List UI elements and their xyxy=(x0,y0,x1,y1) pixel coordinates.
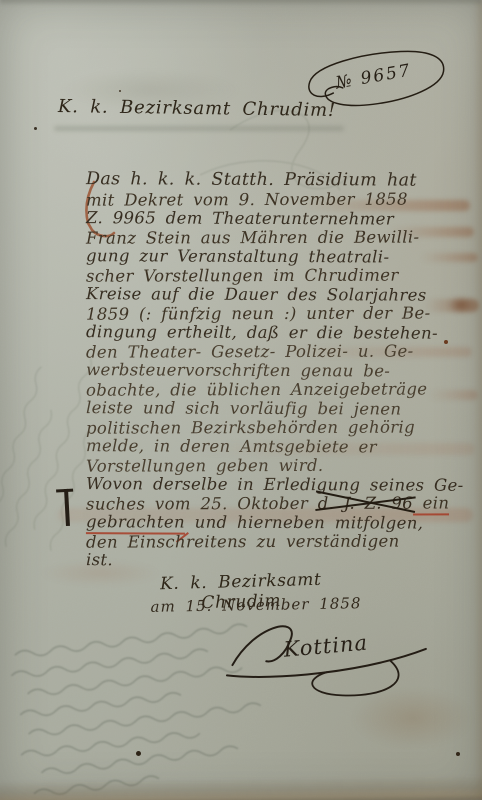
crossed-out-text: d. J. Z. 96 xyxy=(318,494,413,513)
handwritten-line: politischen Bezirksbehörden gehörig xyxy=(86,417,474,437)
handwritten-line: 1859 (: fünfzig neun :) unter der Be- xyxy=(86,303,474,323)
handwritten-line: Das h. k. k. Statth. Präsidium hat xyxy=(86,170,474,191)
handwritten-line-with-crossout: suches vom 25. Oktober d. J. Z. 96 ein xyxy=(86,493,474,513)
red-underlined-text: ein xyxy=(413,493,449,515)
handwritten-line: gung zur Veranstaltung theatrali- xyxy=(86,246,474,267)
handwritten-line: mit Dekret vom 9. November 1858 xyxy=(86,189,474,209)
handwritten-line: Vorstellungen geben wird. xyxy=(86,455,474,475)
handwritten-line: Franz Stein aus Mähren die Bewilli- xyxy=(86,227,474,247)
handwritten-line: dingung ertheilt, daß er die bestehen- xyxy=(86,322,474,343)
handwritten-line: melde, in deren Amtsgebiete er xyxy=(86,436,474,457)
ink-smear xyxy=(54,126,344,131)
line-text: und hierneben mitfolgen, xyxy=(185,513,423,533)
handwritten-line: den Einschreitens zu verständigen xyxy=(86,531,474,551)
handwritten-line: den Theater- Gesetz- Polizei- u. Ge- xyxy=(86,341,474,361)
line-text: suches vom 25. Oktober xyxy=(86,494,318,514)
red-underlined-word: gebrachten xyxy=(86,512,185,534)
signature: Kottina xyxy=(220,602,439,705)
handwritten-line: leiste und sich vorläufig bei jenen xyxy=(86,398,474,419)
handwritten-line: Z. 9965 dem Theaterunternehmer xyxy=(86,208,474,229)
salutation-line: K. k. Bezirksamt Chrudim! xyxy=(58,96,336,121)
handwritten-line-with-underline: gebrachten und hierneben mitfolgen, xyxy=(86,512,474,533)
letter-body: Das h. k. k. Statth. Präsidium hat mit D… xyxy=(86,171,474,570)
handwritten-line: Kreise auf die Dauer des Solarjahres xyxy=(86,284,474,305)
handwritten-line: werbsteuervorschriften genau be- xyxy=(86,360,474,381)
handwritten-line: Wovon derselbe in Erledigung seines Ge- xyxy=(86,474,474,495)
document-photo: № 9657 K. k. Bezirksamt Chrudim! Das h. … xyxy=(0,0,482,800)
handwritten-line: scher Vorstellungen im Chrudimer xyxy=(86,265,474,285)
handwritten-line: ist. xyxy=(86,550,474,571)
handwritten-line: obachte, die üblichen Anzeigebeträge xyxy=(86,379,474,399)
margin-insertion-mark xyxy=(56,489,77,527)
